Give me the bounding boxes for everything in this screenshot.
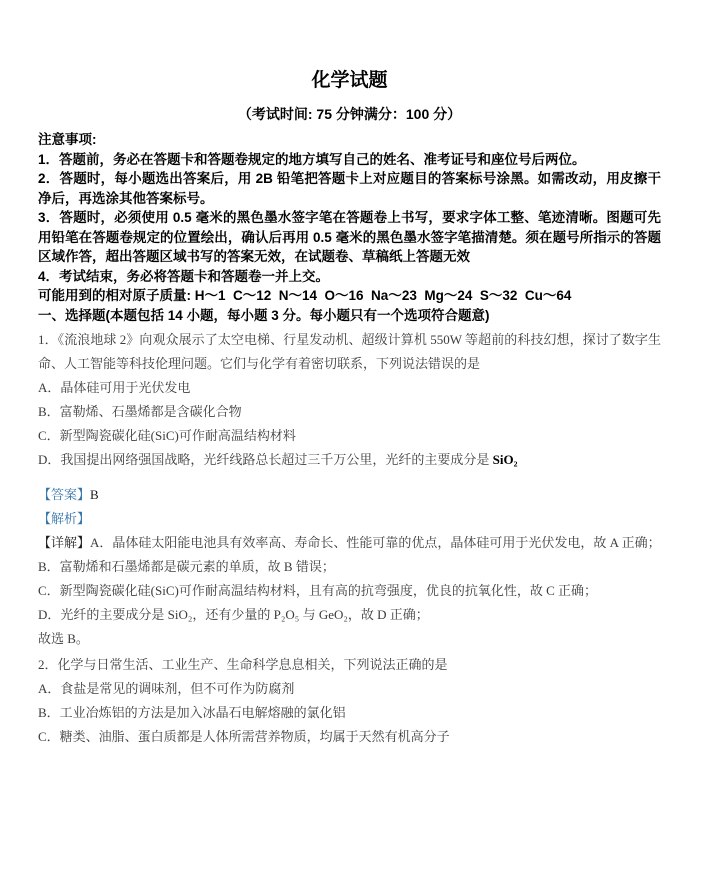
question2-option-a: A．食盐是常见的调味剂，但不可作为防腐剂 bbox=[38, 677, 661, 701]
question1-stem: 1．《流浪地球 2》向观众展示了太空电梯、行星发动机、超级计算机 550W 等超… bbox=[38, 328, 661, 376]
answer-line: 【答案】B bbox=[38, 483, 661, 507]
question1-option-d: D．我国提出网络强国战略，光纤线路总长超过三千万公里，光纤的主要成分是 SiO₂ bbox=[38, 448, 661, 472]
notice-item-3: 3．答题时，必须使用 0.5 毫米的黑色墨水签字笔在答题卷上书写，要求字体工整、… bbox=[38, 208, 661, 267]
notice-heading: 注意事项: bbox=[38, 130, 661, 150]
questions-area: 1．《流浪地球 2》向观众展示了太空电梯、行星发动机、超级计算机 550W 等超… bbox=[38, 328, 661, 749]
detail-line-d: D．光纤的主要成分是 SiO₂，还有少量的 P₂O₅ 与 GeO₂，故 D 正确… bbox=[38, 603, 661, 627]
answer-value: B bbox=[90, 487, 99, 502]
document-page: 化学试题 （考试时间: 75 分钟满分：100 分） 注意事项: 1．答题前，务… bbox=[0, 0, 701, 877]
detail-line-a: 【详解】A．晶体硅太阳能电池具有效率高、寿命长、性能可靠的优点，晶体硅可用于光伏… bbox=[38, 531, 661, 555]
question1-option-b: B．富勒烯、石墨烯都是含碳化合物 bbox=[38, 400, 661, 424]
question2-option-b: B．工业冶炼铝的方法是加入冰晶石电解熔融的氯化铝 bbox=[38, 701, 661, 725]
question1-option-d-text: D．我国提出网络强国战略，光纤线路总长超过三千万公里，光纤的主要成分是 bbox=[38, 452, 489, 467]
question1-option-d-formula: SiO₂ bbox=[493, 452, 518, 467]
detail-label: 【详解】 bbox=[38, 535, 90, 550]
page-title: 化学试题 bbox=[38, 70, 661, 92]
exam-time-score-line: （考试时间: 75 分钟满分：100 分） bbox=[38, 105, 661, 123]
detail-conclusion: 故选 B。 bbox=[38, 627, 661, 651]
notice-item-4: 4．考试结束，务必将答题卡和答题卷一并上交。 bbox=[38, 267, 661, 287]
analysis-label-line: 【解析】 bbox=[38, 507, 661, 531]
answer-label: 【答案】 bbox=[38, 487, 90, 502]
detail-line-c: C．新型陶瓷碳化硅(SiC)可作耐高温结构材料，且有高的抗弯强度，优良的抗氧化性… bbox=[38, 579, 661, 603]
notice-item-2: 2．答题时，每小题选出答案后，用 2B 铅笔把答题卡上对应题目的答案标号涂黑。如… bbox=[38, 169, 661, 208]
notice-item-1: 1．答题前，务必在答题卡和答题卷规定的地方填写自己的姓名、准考证号和座位号后两位… bbox=[38, 150, 661, 170]
section-heading-choice: 一、选择题(本题包括 14 小题，每小题 3 分。每小题只有一个选项符合题意) bbox=[38, 306, 661, 326]
question2-option-c: C．糖类、油脂、蛋白质都是人体所需营养物质，均属于天然有机高分子 bbox=[38, 725, 661, 749]
notice-section: 注意事项: 1．答题前，务必在答题卡和答题卷规定的地方填写自己的姓名、准考证号和… bbox=[38, 130, 661, 325]
analysis-label: 【解析】 bbox=[38, 511, 90, 526]
detail-line-b: B．富勒烯和石墨烯都是碳元素的单质，故 B 错误； bbox=[38, 555, 661, 579]
question2-stem: 2．化学与日常生活、工业生产、生命科学息息相关，下列说法正确的是 bbox=[38, 653, 661, 677]
detail-line-a-text: A．晶体硅太阳能电池具有效率高、寿命长、性能可靠的优点，晶体硅可用于光伏发电，故… bbox=[90, 535, 661, 550]
atomic-mass-line: 可能用到的相对原子质量: H～1 C～12 N～14 O～16 Na～23 Mg… bbox=[38, 286, 661, 306]
question1-option-a: A．晶体硅可用于光伏发电 bbox=[38, 376, 661, 400]
question1-option-c: C．新型陶瓷碳化硅(SiC)可作耐高温结构材料 bbox=[38, 424, 661, 448]
